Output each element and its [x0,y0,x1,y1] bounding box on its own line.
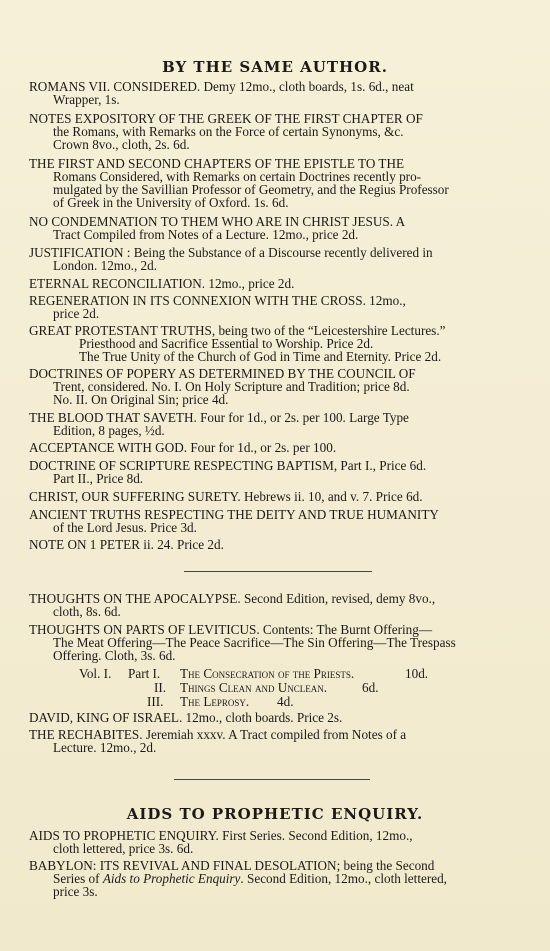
volume-part-title: The Consecration of the Priests. [180,667,354,680]
entry-notes-expository: NOTES EXPOSITORY OF THE GREEK OF THE FIR… [29,112,519,151]
entry-note-on-1-peter: NOTE ON 1 PETER ii. 24. Price 2d. [29,538,519,551]
section-divider [174,779,370,780]
volume-part-price: 4d. [277,695,293,708]
entry-first-second-chapters: THE FIRST AND SECOND CHAPTERS OF THE EPI… [29,157,519,209]
section-heading-by-same-author: BY THE SAME AUTHOR. [0,58,550,76]
entry-romans-vii: ROMANS VII. CONSIDERED. Demy 12mo., clot… [29,80,519,106]
entry-the-rechabites: THE RECHABITES. Jeremiah xxxv. A Tract c… [29,728,519,754]
entry-babylon: BABYLON: ITS REVIVAL AND FINAL DESOLATIO… [29,859,519,898]
italic-title: Aids to Prophetic Enquiry [103,871,241,886]
entry-great-protestant-truths: GREAT PROTESTANT TRUTHS, being two of th… [29,324,519,363]
entry-david-king-of-israel: DAVID, KING OF ISRAEL. 12mo., cloth boar… [29,711,519,724]
section-heading-aids-to-prophetic-enquiry: AIDS TO PROPHETIC ENQUIRY. [0,805,550,823]
section-divider [184,571,372,572]
entry-eternal-reconciliation: ETERNAL RECONCILIATION. 12mo., price 2d. [29,277,519,290]
entry-justification: JUSTIFICATION : Being the Substance of a… [29,246,519,272]
volume-part-label: Part I. [128,667,160,680]
entry-thoughts-apocalypse: THOUGHTS ON THE APOCALYPSE. Second Editi… [29,592,519,618]
volume-label: Vol. I. [79,667,111,680]
entry-blood-that-saveth: THE BLOOD THAT SAVETH. Four for 1d., or … [29,411,519,437]
volume-part-label: III. [147,695,163,708]
entry-doctrines-of-popery: DOCTRINES OF POPERY AS DETERMINED BY THE… [29,367,519,406]
entry-no-condemnation: NO CONDEMNATION TO THEM WHO ARE IN CHRIS… [29,215,519,241]
entry-ancient-truths: ANCIENT TRUTHS RESPECTING THE DEITY AND … [29,508,519,534]
volume-part-title: Things Clean and Unclean. [180,681,327,694]
entry-doctrine-of-baptism: DOCTRINE OF SCRIPTURE RESPECTING BAPTISM… [29,459,519,485]
entry-regeneration: REGENERATION IN ITS CONNEXION WITH THE C… [29,294,519,320]
volume-part-label: II. [154,681,166,694]
entry-thoughts-leviticus: THOUGHTS ON PARTS OF LEVITICUS. Contents… [29,623,519,662]
book-page: BY THE SAME AUTHOR. ROMANS VII. CONSIDER… [0,0,550,951]
entry-acceptance-with-god: ACCEPTANCE WITH GOD. Four for 1d., or 2s… [29,441,519,454]
volume-part-price: 10d. [405,667,428,680]
volume-part-title: The Leprosy. [180,695,249,708]
volume-part-price: 6d. [362,681,378,694]
entry-christ-suffering-surety: CHRIST, OUR SUFFERING SURETY. Hebrews ii… [29,490,519,503]
entry-aids-first-series: AIDS TO PROPHETIC ENQUIRY. First Series.… [29,829,519,855]
